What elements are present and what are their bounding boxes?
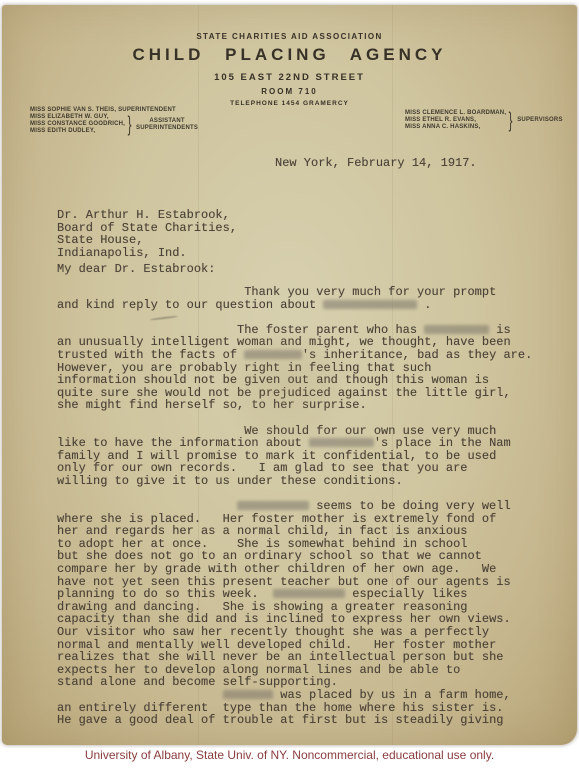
address-line: State House, xyxy=(57,234,237,247)
staff-role-line: ASSISTANT xyxy=(149,118,184,125)
telephone-line: TELEPHONE 1454 GRAMERCY xyxy=(2,100,577,107)
staff-role-line: SUPERVISORS xyxy=(517,117,562,124)
redacted-name xyxy=(244,350,302,359)
letter-line: Thank you very much for your prompt xyxy=(57,286,532,299)
agency-name: CHILD PLACING AGENCY xyxy=(2,45,577,65)
staff-list-right: MISS CLEMENCE L. BOARDMAN, MISS ETHEL R.… xyxy=(405,110,563,131)
letter-line xyxy=(57,311,532,324)
assistant-superintendents-group: MISS ELIZABETH W. GUY, MISS CONSTANCE GO… xyxy=(30,114,198,135)
redacted-name xyxy=(309,438,374,447)
redacted-name xyxy=(237,501,309,510)
redacted-name xyxy=(223,690,273,699)
staff-name: MISS ANNA C. HASKINS, xyxy=(405,124,506,131)
staff-name: MISS ETHEL R. EVANS, xyxy=(405,117,506,124)
staff-name: MISS CONSTANCE GOODRICH, xyxy=(30,121,125,128)
staff-role-line: SUPERINTENDENTS xyxy=(136,125,198,132)
letter-paper: STATE CHARITIES AID ASSOCIATION CHILD PL… xyxy=(2,5,577,745)
dateline: New York, February 14, 1917. xyxy=(275,157,477,170)
redacted-name xyxy=(273,589,345,598)
letter-line: trusted with the facts of 's inheritance… xyxy=(57,349,532,362)
association-name: STATE CHARITIES AID ASSOCIATION xyxy=(2,32,577,41)
letter-line xyxy=(57,412,532,425)
redacted-name xyxy=(424,325,489,334)
letter-line: Our visitor who saw her recently thought… xyxy=(57,626,532,639)
brace-glyph: } xyxy=(509,110,513,131)
letter-line: willing to give it to us under these con… xyxy=(57,475,532,488)
staff-name: MISS ELIZABETH W. GUY, xyxy=(30,114,125,121)
letter-line: and kind reply to our question about . xyxy=(57,299,532,312)
address-line: Indianapolis, Ind. xyxy=(57,247,237,260)
redacted-name xyxy=(323,300,417,309)
letter-body: Thank you very much for your promptand k… xyxy=(57,286,532,727)
letter-line: was placed by us in a farm home, xyxy=(57,689,532,702)
letter-line: information should not be given out and … xyxy=(57,374,532,387)
staff-list-left: MISS SOPHIE VAN S. THEIS, SUPERINTENDENT… xyxy=(30,107,198,135)
letter-line: planning to do so this week. especially … xyxy=(57,588,532,601)
staff-name: MISS EDITH DUDLEY, xyxy=(30,128,125,135)
supervisors-group: MISS CLEMENCE L. BOARDMAN, MISS ETHEL R.… xyxy=(405,110,563,131)
letter-line: her and regards her as a normal child, i… xyxy=(57,525,532,538)
room-number: ROOM 710 xyxy=(2,87,577,96)
letter-line: realizes that she will never be an intel… xyxy=(57,651,532,664)
letter-line: He gave a good deal of trouble at first … xyxy=(57,714,532,727)
salutation: My dear Dr. Estabrook: xyxy=(57,263,215,276)
letter-line: she might find herself so, to her surpri… xyxy=(57,399,532,412)
letter-line: like to have the information about 's pl… xyxy=(57,437,532,450)
superintendent-line: MISS SOPHIE VAN S. THEIS, SUPERINTENDENT xyxy=(30,107,198,114)
brace-glyph: } xyxy=(128,114,132,135)
scan-background: STATE CHARITIES AID ASSOCIATION CHILD PL… xyxy=(0,0,579,770)
source-caption: University of Albany, State Univ. of NY.… xyxy=(0,748,579,762)
street-address: 105 EAST 22ND STREET xyxy=(2,72,577,83)
recipient-address: Dr. Arthur H. Estabrook, Board of State … xyxy=(57,209,237,259)
staff-name: MISS CLEMENCE L. BOARDMAN, xyxy=(405,110,506,117)
address-line: Dr. Arthur H. Estabrook, xyxy=(57,209,237,222)
letter-line: seems to be doing very well xyxy=(57,500,532,513)
letter-line: compare her by grade with other children… xyxy=(57,563,532,576)
